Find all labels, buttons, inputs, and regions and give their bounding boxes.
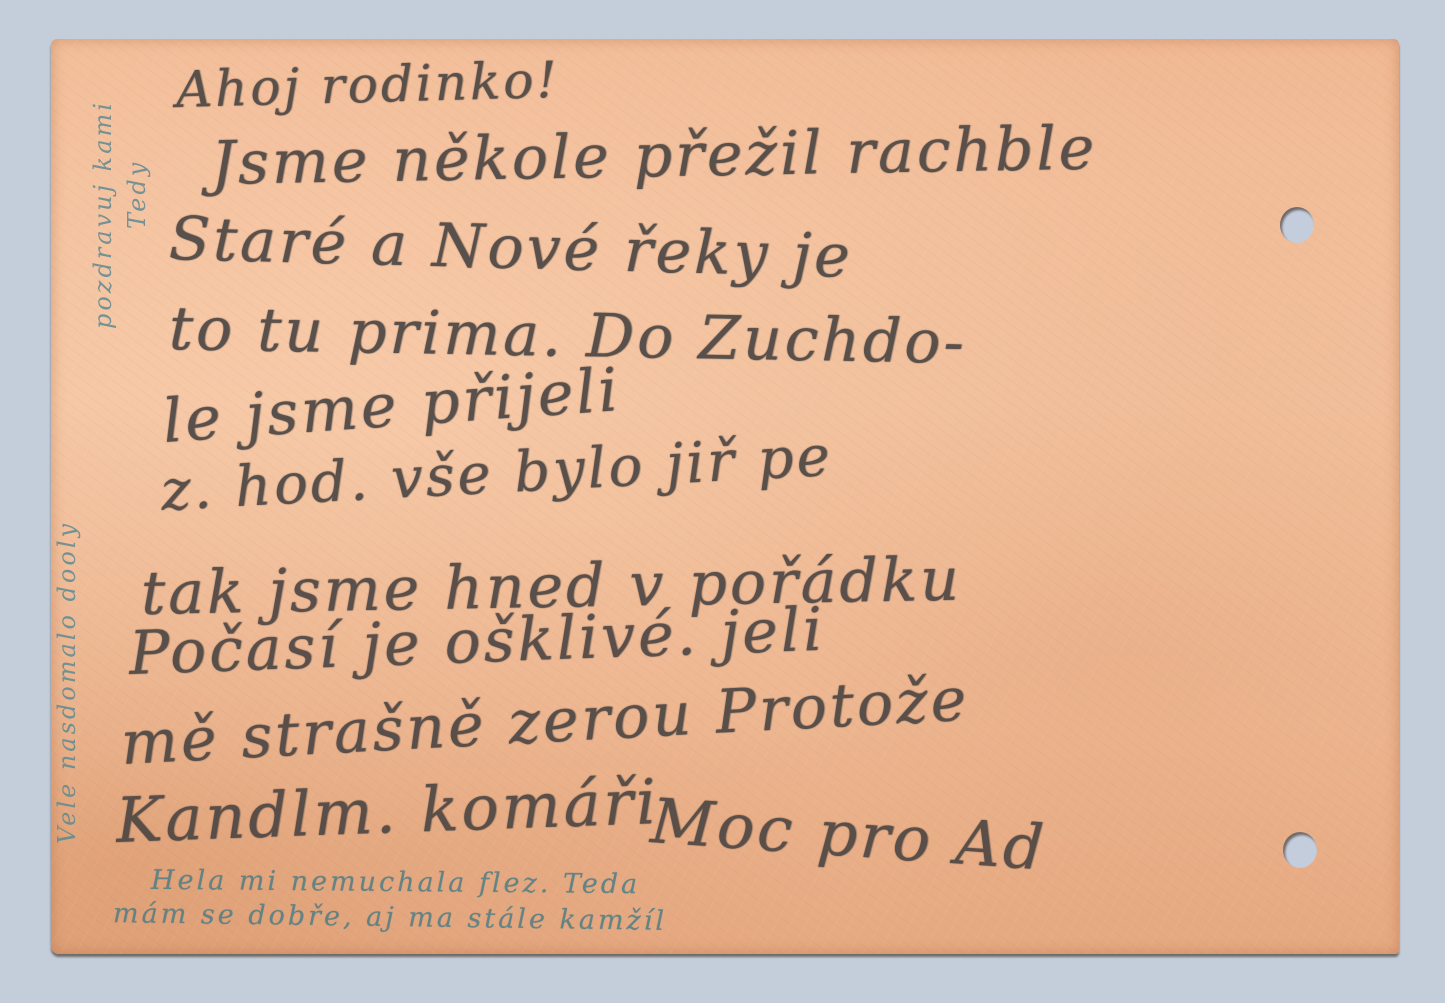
punch-hole-top	[1280, 207, 1314, 243]
handwriting-line-2: Jsme někole přežil rachble	[210, 114, 1097, 199]
margin-note-1: Vele nasdomalo dooly	[53, 521, 81, 844]
margin-note-3: Tedy	[123, 160, 151, 229]
handwriting-line-1: Ahoj rodinko!	[175, 51, 560, 119]
handwriting-line-10: Kandlm. komáři	[115, 765, 660, 857]
postcard: Ahoj rodinko! Jsme někole přežil rachble…	[51, 39, 1399, 954]
handwriting-line-11: Moc pro Ad	[648, 784, 1048, 884]
ink-line-2: mám se dobře, aj ma stále kamžíl	[113, 898, 667, 937]
ink-line-1: Hela mi nemuchala flez. Teda	[151, 865, 640, 900]
punch-hole-bottom	[1283, 832, 1317, 868]
margin-note-2: pozdravuj kami	[89, 100, 117, 329]
handwriting-line-3: Staré a Nové řeky je	[168, 204, 853, 292]
